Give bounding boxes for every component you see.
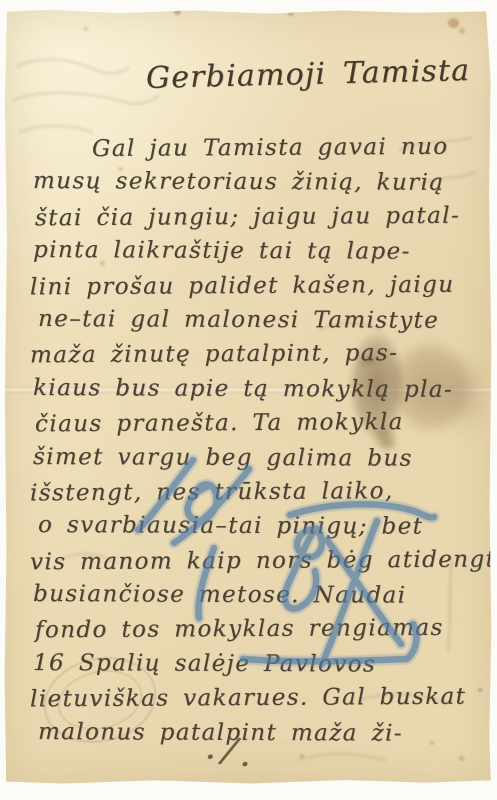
handwritten-line: lietuviškas vakarues. Gal buskat	[30, 680, 480, 717]
handwritten-line: maža žinutę patalpint, pas-	[30, 336, 480, 373]
foxing-spot	[174, 9, 181, 15]
handwritten-line: čiaus pranešta. Ta mokykla	[35, 405, 480, 442]
handwritten-line: 16 Spalių salėje Pavlovos	[33, 646, 483, 682]
handwritten-line: musų sekretoriaus žinią, kurią	[33, 164, 483, 200]
foxing-spot	[300, 754, 304, 758]
handwritten-line: busiančiose metose. Naudai	[33, 577, 483, 613]
foxing-spot	[459, 756, 464, 761]
letter-paper: Gerbiamoji Tamista Gal jau Tamista gavai…	[4, 9, 492, 785]
handwritten-line: ne–tai gal malonesi Tamistyte	[38, 302, 483, 338]
handwritten-line: o svarbiausia–tai pinigų; bet	[38, 508, 483, 544]
handwritten-line: štai čia jungiu; jaigu jau patal-	[35, 198, 480, 235]
handwritten-line: Gal jau Tamista gavai nuo	[30, 130, 480, 167]
letter-body: Gal jau Tamista gavai nuomusų sekretoria…	[30, 131, 480, 750]
foxing-spot	[84, 27, 88, 31]
handwritten-line: išstengt, nes trūksta laiko,	[30, 474, 480, 511]
foxing-spot	[288, 11, 294, 16]
handwritten-line: fondo tos mokyklas rengiamas	[35, 611, 480, 648]
handwritten-line: kiaus bus apie tą mokyklą pla-	[33, 371, 483, 407]
foxing-spot	[459, 28, 465, 34]
handwritten-line: lini prošau palidet kašen, jaigu	[30, 267, 480, 304]
handwritten-line: vis manom kaip nors bėg atidengt	[30, 542, 480, 579]
handwritten-line: šimet vargu beg galima bus	[33, 440, 483, 476]
handwritten-line: pinta laikraštije tai tą lape-	[33, 233, 483, 269]
letter-salutation: Gerbiamoji Tamista	[146, 53, 471, 96]
foxing-spot	[448, 18, 459, 28]
